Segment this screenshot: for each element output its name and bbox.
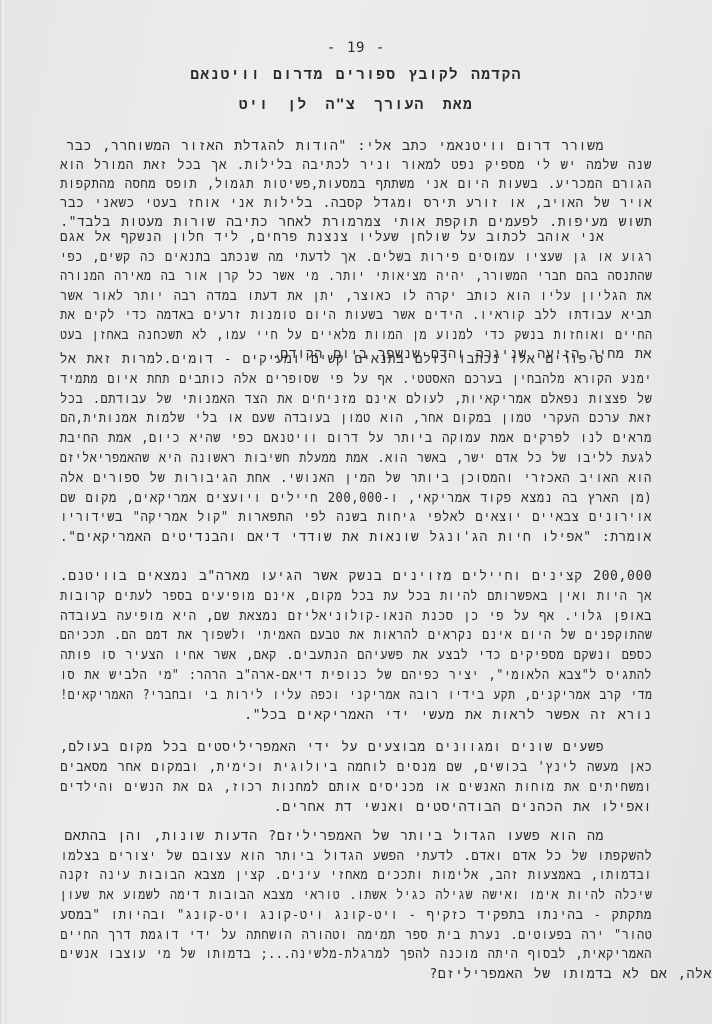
paragraph-line: לגעת לליבו של כל אדם ישר, באשר הוא. אמת …: [59, 448, 652, 470]
paragraph-line: להשקפתו של כל אדם ואדם. לדעתי הפשע הגדול…: [60, 846, 652, 868]
paragraph-line: באופן גלוי. אף על פי כן סכנת הנאו-קולוני…: [60, 606, 652, 628]
paragraph-line: ובדמותו, באמצעות זהב, אלימות ותככים מאחז…: [60, 865, 652, 887]
paragraph-line: נורא זה אפשר לראות את מעשי ידי האמריקאים…: [244, 705, 652, 727]
scanned-page: - 19 - הקדמה לקובץ ספורים מדרום וויטנאם …: [0, 0, 712, 1024]
paragraph-line: אוירונים צבאיים יוצאים לאלפי גיחות בשנה …: [60, 507, 652, 529]
paragraph-line: מה הוא פשעו הגדול ביותר של האמפריליזם? ה…: [64, 826, 604, 848]
paragraph-line: זאת ערכם העקרי טמון במקום אחר, הוא טמון …: [60, 408, 652, 430]
paragraph-line: מראים לנו לפרקים אמת עמוקה ביותר על דרום…: [60, 428, 652, 450]
paragraph-line: ואפילו את הכהנים הבודהיסטים ואנשי דת אחר…: [274, 797, 652, 819]
paragraph-line: סיפורים אלו נכתבו כולם בתנאים קשים ומעיק…: [60, 349, 604, 371]
paragraph-line: שהתוקפנים של היום אינם נקראים להראות את …: [59, 625, 652, 647]
paragraph-line: (מן הארץ בה נמצא פקוד אמריקאי, ו-200,000…: [60, 488, 652, 510]
paragraph-line: ומשחיתים את מוחות האנשים או מכניסים אותם…: [60, 777, 652, 799]
paragraph-line: ימנע הקורא מלהבחין בערכם האסטטי. אף על פ…: [60, 369, 652, 391]
paragraph-line: הוא האויב האכזרי והמסוכן ביותר של המין ה…: [60, 468, 652, 490]
paragraph-line: שיכלה להיות אימו ואישה שגילה כגיל אשתו. …: [59, 885, 652, 907]
paragraph-line: מדי קרב אמריקנים, תקע בידיו רובה אמריקני…: [60, 685, 652, 707]
paragraph-line: 200,000 קצינים וחיילים מזוינים בנשק אשר …: [59, 566, 652, 588]
paragraph-line: כאן מעשה לינץ' בכושים, שם מנסים לוחמה בי…: [60, 757, 652, 779]
paragraph-line: אך היות ואין באפשרותם להיות בכל עת בכל מ…: [60, 586, 652, 608]
page-number: - 19 -: [0, 40, 712, 56]
paragraph-line: כספם ונשקם מספיקים כדי לבצע את פשעיהם הנ…: [60, 645, 652, 667]
page-binding-edge: [0, 0, 6, 1024]
paragraph-line: פשעים שונים ומגוונים מבוצעים על ידי האמפ…: [60, 737, 604, 759]
paragraph-line: האמריקאית, לבסוף היתה מוכנה להפך למרגלת-…: [60, 944, 652, 966]
paragraph-line: טהור" ירה בפעוטים. נערת בית ספר תמימה וט…: [60, 925, 652, 947]
document-author: מאת העורך צ"ה לן ויט: [0, 97, 712, 114]
paragraph-line: להתגיס ל"צבא הלאומי", יציר כפיהם של כנופ…: [60, 665, 652, 687]
paragraph-line: אומרת: "אפילו חיות הג'ונגל שונאות את שוד…: [60, 527, 652, 549]
paragraph-line: אלה, אם לא בדמותו של האמפריליזם?: [429, 964, 712, 986]
paragraph-line: מתקתק - בהינתו בתפקיד כזקיף - ויט-קונג ו…: [60, 905, 652, 927]
document-title: הקדמה לקובץ ספורים מדרום וויטנאם: [0, 67, 712, 84]
paragraph-line: של פצצות נפאלם אמריקאיות, לעולם אינם מזנ…: [60, 389, 652, 411]
